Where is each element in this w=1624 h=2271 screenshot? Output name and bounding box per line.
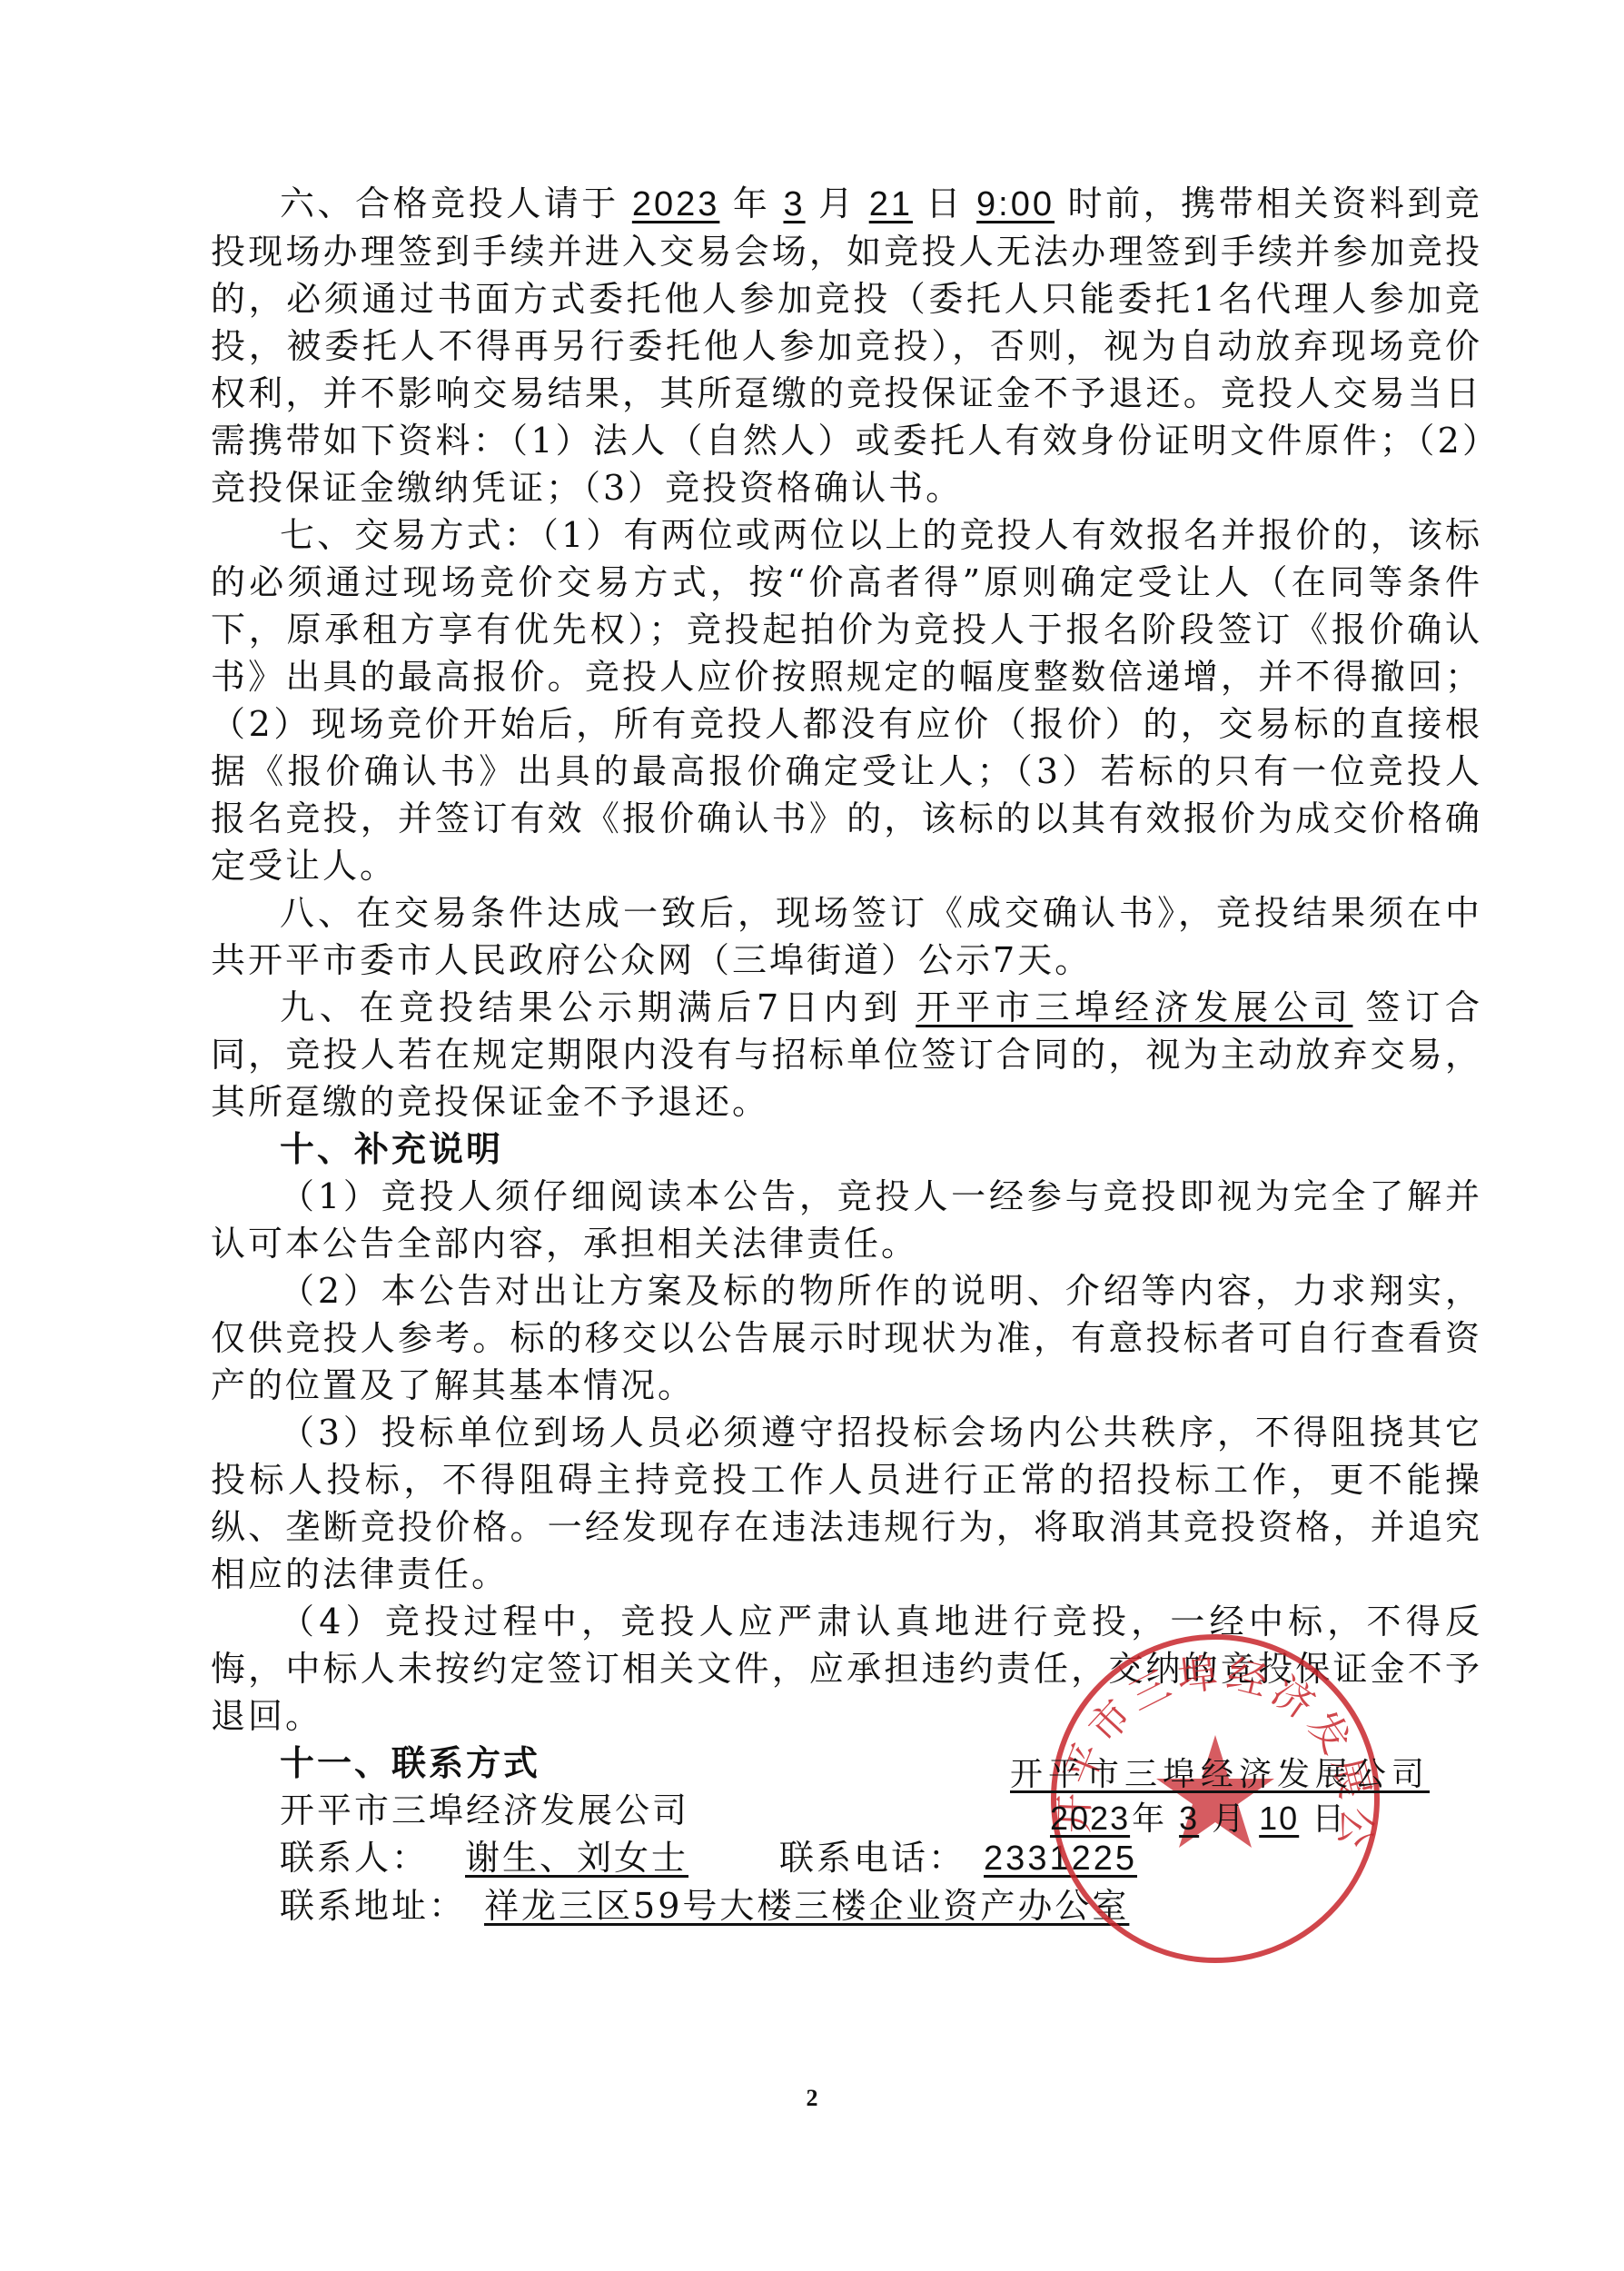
supplement-item-1: （1）竞投人须仔细阅读本公告，竞投人一经参与竞投即视为完全了解并认可本公告全部内… — [211, 1173, 1482, 1267]
document-page: 六、合格竞投人请于2023年3月21日9:00时前，携带相关资料到竞投现场办理签… — [0, 0, 1624, 2271]
signature-block: 开平市三埠经济发展公司 2023年3月10日 — [1010, 1753, 1430, 1841]
section-6: 六、合格竞投人请于2023年3月21日9:00时前，携带相关资料到竞投现场办理签… — [211, 180, 1482, 511]
supplement-item-3: （3）投标单位到场人员必须遵守招投标会场内公共秩序，不得阻挠其它投标人投标，不得… — [211, 1409, 1482, 1598]
deadline-time: 9:00 — [964, 185, 1067, 223]
section-6-prefix: 六、合格竞投人请于 — [280, 183, 619, 223]
section-7: 七、交易方式：（1）有两位或两位以上的竞投人有效报名并报价的，该标的必须通过现场… — [211, 511, 1482, 889]
year-unit: 年 — [732, 183, 770, 223]
signature-date: 2023年3月10日 — [1048, 1797, 1430, 1841]
signature-year-unit: 年 — [1132, 1800, 1166, 1838]
contact-person-label: 联系人： — [280, 1838, 429, 1878]
signature-month-unit: 月 — [1212, 1800, 1246, 1838]
month-unit: 月 — [818, 183, 857, 223]
section-10-heading: 十、补充说明 — [211, 1126, 1482, 1173]
supplement-item-2: （2）本公告对出让方案及标的物所作的说明、介绍等内容，力求翔实，仅供竞投人参考。… — [211, 1267, 1482, 1409]
deadline-month: 3 — [770, 185, 817, 223]
signature-company: 开平市三埠经济发展公司 — [1010, 1753, 1430, 1797]
section-9-prefix: 九、在竞投结果公示期满后7日内到 — [280, 987, 903, 1027]
signature-day-unit: 日 — [1312, 1800, 1346, 1838]
signature-year: 2023 — [1048, 1800, 1132, 1837]
page-number: 2 — [0, 2085, 1624, 2112]
contact-address-label: 联系地址： — [280, 1886, 466, 1926]
section-9: 九、在竞投结果公示期满后7日内到开平市三埠经济发展公司签订合同，竞投人若在规定期… — [211, 984, 1482, 1126]
signature-month: 3 — [1166, 1800, 1212, 1837]
section-6-body: 时前，携带相关资料到竞投现场办理签到手续并进入交易会场，如竞投人无法办理签到手续… — [211, 183, 1482, 508]
section-8: 八、在交易条件达成一致后，现场签订《成交确认书》，竞投结果须在中共开平市委市人民… — [211, 889, 1482, 984]
deadline-year: 2023 — [619, 185, 733, 223]
contact-person-value: 谢生、刘女士 — [429, 1838, 725, 1878]
deadline-day: 21 — [857, 185, 926, 223]
contact-phone-label: 联系电话： — [779, 1838, 965, 1878]
signature-day: 10 — [1246, 1800, 1312, 1837]
contract-company: 开平市三埠经济发展公司 — [903, 987, 1365, 1027]
day-unit: 日 — [926, 183, 964, 223]
